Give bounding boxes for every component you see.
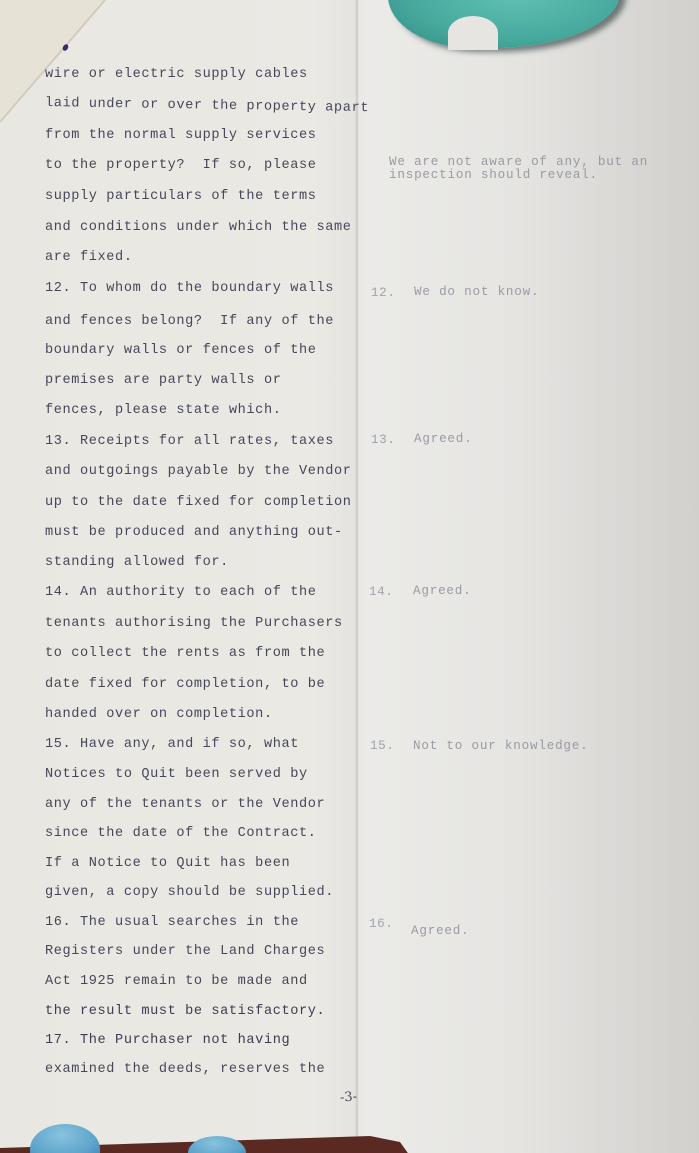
question-11-line: are fixed. [45,250,133,266]
question-15-line: since the date of the Contract. [45,826,317,842]
question-14-line: to collect the rents as from the [45,646,325,662]
question-16-line: Registers under the Land Charges [45,944,325,960]
answer-12-number: 12. [371,286,395,300]
page-number: -3- [339,1089,357,1105]
question-14-line: handed over on completion. [45,707,273,723]
question-17-line: 17. The Purchaser not having [45,1033,290,1049]
question-13-line: 13. Receipts for all rates, taxes [45,434,334,450]
question-15-line: given, a copy should be supplied. [45,885,334,901]
answer-13-number: 13. [371,433,395,447]
question-13-line: up to the date fixed for completion [45,495,352,511]
question-12-line: boundary walls or fences of the [45,343,317,359]
answer-11-line: inspection should reveal. [389,168,598,183]
question-16-line: the result must be satisfactory. [45,1004,325,1020]
question-11-line: to the property? If so, please [45,158,317,174]
answer-13-text: Agreed. [414,432,473,447]
answer-14-text: Agreed. [413,584,472,599]
question-15-line: If a Notice to Quit has been [45,856,290,872]
question-12-line: 12. To whom do the boundary walls [45,281,334,297]
question-14-line: tenants authorising the Purchasers [45,616,343,632]
question-12-line: and fences belong? If any of the [45,314,334,330]
question-11-line: supply particulars of the terms [45,189,317,205]
question-17-line: examined the deeds, reserves the [45,1062,325,1078]
question-11-line: from the normal supply services [45,128,317,144]
answer-15-text: Not to our knowledge. [413,739,589,754]
answer-16-number: 16. [369,917,393,931]
question-16-line: Act 1925 remain to be made and [45,974,308,990]
answer-16-text: Agreed. [411,924,470,939]
question-12-line: fences, please state which. [45,403,281,419]
question-11-line: and conditions under which the same [45,220,352,236]
question-12-line: premises are party walls or [45,373,281,389]
question-14-line: date fixed for completion, to be [45,677,325,693]
question-15-line: Notices to Quit been served by [45,767,308,783]
answer-15-number: 15. [370,739,394,753]
question-14-line: 14. An authority to each of the [45,585,317,601]
answer-12-text: We do not know. [414,285,539,300]
question-11-line: wire or electric supply cables [45,67,308,83]
question-15-line: 15. Have any, and if so, what [45,737,299,753]
answer-14-number: 14. [369,585,393,599]
question-15-line: any of the tenants or the Vendor [45,797,325,813]
question-13-line: standing allowed for. [45,555,229,571]
question-13-line: must be produced and anything out- [45,525,343,541]
question-16-line: 16. The usual searches in the [45,915,299,931]
question-13-line: and outgoings payable by the Vendor [45,464,352,480]
